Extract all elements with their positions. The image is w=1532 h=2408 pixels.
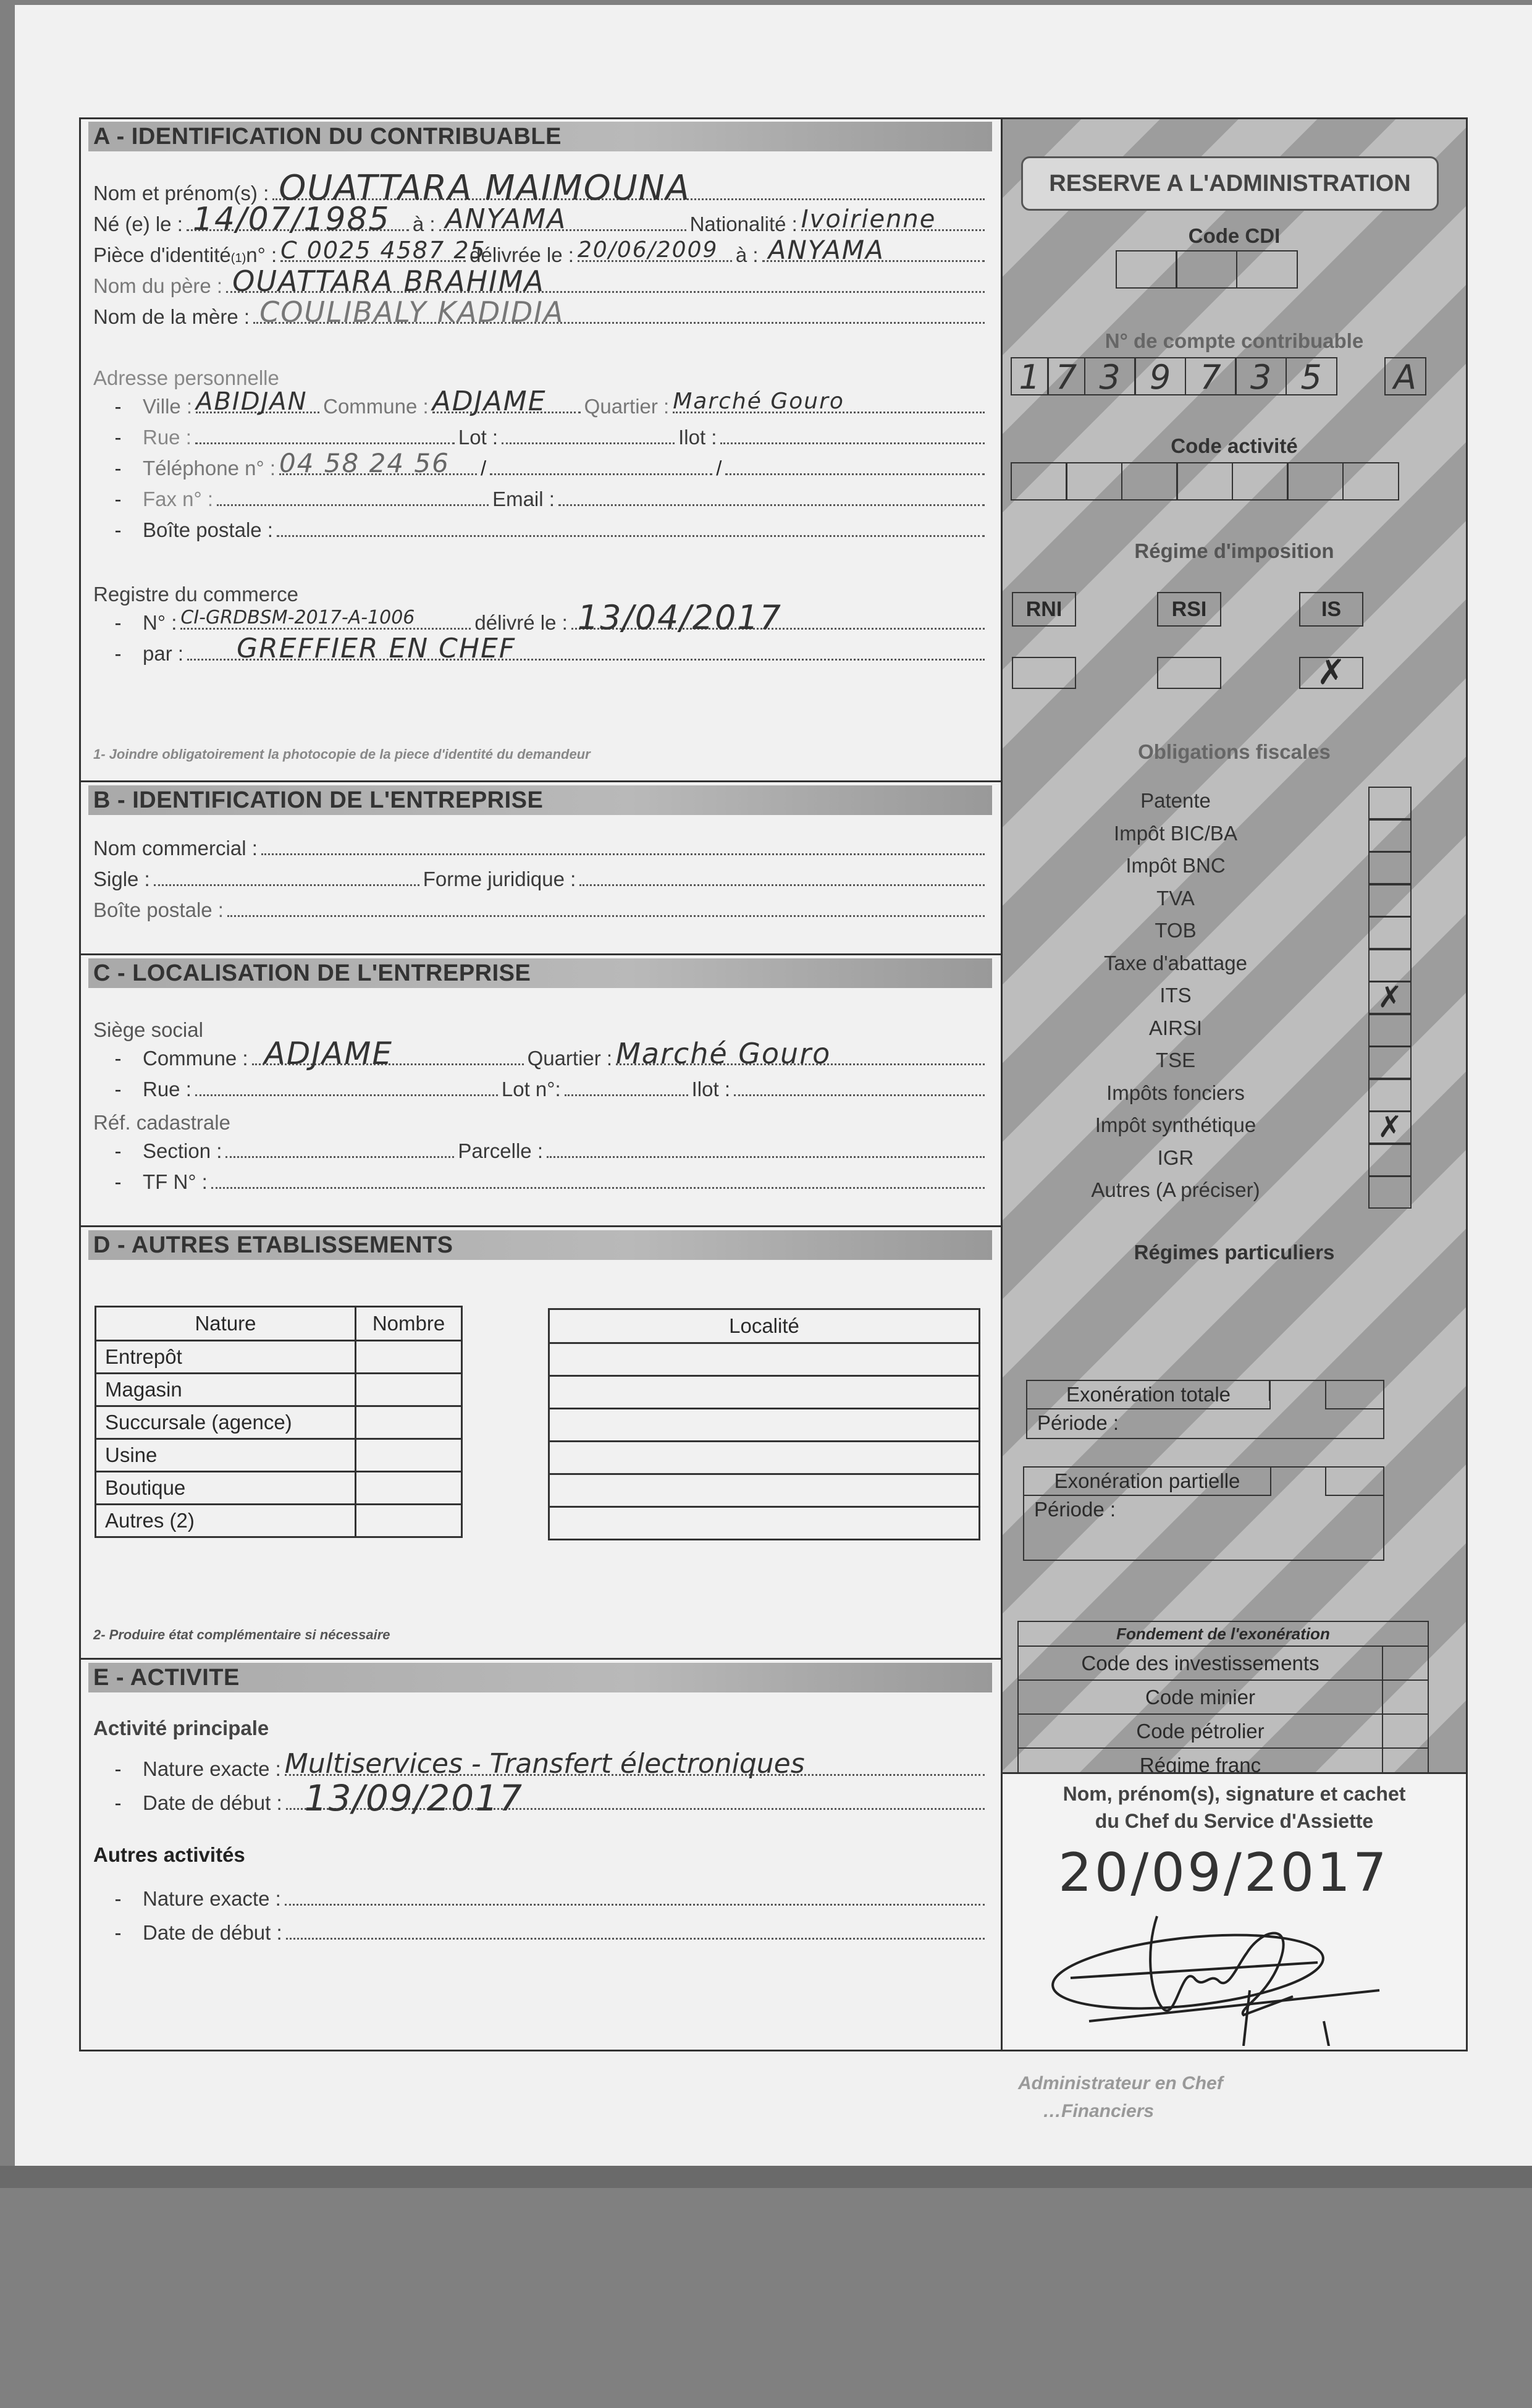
commune-value: ADJAME [432, 389, 547, 414]
table-row: Succursale (agence) [96, 1406, 462, 1439]
quartier-value: Marché Gouro [673, 389, 844, 414]
siege-commune-value: ADJAME [264, 1041, 393, 1066]
code-cdi-label: Code CDI [1003, 224, 1466, 248]
section-c-header: C - LOCALISATION DE L'ENTREPRISE [88, 958, 992, 988]
fondement-checkbox[interactable] [1383, 1646, 1428, 1680]
field-registre-numero[interactable]: - N° : CI-GRDBSM-2017-A-1006 délivré le … [93, 610, 988, 635]
regime-rni-label: RNI [1012, 592, 1076, 627]
nombre-cell[interactable] [356, 1505, 462, 1537]
field-siege-commune-quartier[interactable]: - Commune : ADJAME Quartier : Marché Gou… [93, 1046, 988, 1071]
autres-activites-title: Autres activités [93, 1843, 245, 1867]
exoneration-totale-box[interactable]: Exonération totale Période : [1026, 1380, 1384, 1439]
code-activite-box[interactable] [1011, 462, 1067, 501]
code-activite-box[interactable] [1232, 462, 1289, 501]
obligation-label: Impôt BNC [1003, 854, 1349, 877]
obligation-checkbox[interactable] [1368, 1014, 1412, 1047]
signature-date: 20/09/2017 [1058, 1842, 1389, 1904]
nombre-cell[interactable] [356, 1406, 462, 1439]
regime-rni-checkbox[interactable] [1012, 657, 1076, 689]
table-row: Usine [96, 1439, 462, 1472]
table-row [549, 1442, 980, 1474]
field-date-debut[interactable]: - Date de début : 13/09/2017 [93, 1791, 988, 1815]
compte-digit-box[interactable]: 3 [1084, 357, 1136, 395]
regime-rsi-checkbox[interactable] [1157, 657, 1221, 689]
table-row [549, 1474, 980, 1507]
code-activite-label: Code activité [1003, 434, 1466, 458]
fondement-checkbox[interactable] [1383, 1714, 1428, 1748]
admin-title: RESERVE A L'ADMINISTRATION [1021, 156, 1439, 211]
localite-table: Localité [548, 1308, 980, 1540]
compte-digit-box[interactable]: 1 [1011, 357, 1049, 395]
code-activite-box[interactable] [1287, 462, 1344, 501]
obligation-label: ITS [1003, 984, 1349, 1007]
table-row: Magasin [96, 1374, 462, 1406]
code-activite-box[interactable] [1066, 462, 1122, 501]
code-cdi-box[interactable] [1236, 250, 1298, 289]
obligation-label: Taxe d'abattage [1003, 952, 1349, 975]
section-b-header: B - IDENTIFICATION DE L'ENTREPRISE [88, 785, 992, 815]
code-activite-boxes[interactable] [1012, 462, 1399, 501]
fondement-row: Code minier [1018, 1680, 1428, 1714]
piece-date-value: 20/06/2009 [578, 238, 718, 263]
regimes-particuliers-label: Régimes particuliers [1003, 1241, 1466, 1264]
localite-cell[interactable] [549, 1409, 980, 1442]
nature-exacte-value: Multiservices - Transfert électroniques [285, 1752, 805, 1776]
nombre-cell[interactable] [356, 1374, 462, 1406]
obligation-label: Autres (A préciser) [1003, 1178, 1349, 1202]
localite-cell[interactable] [549, 1507, 980, 1540]
siege-social-title: Siège social [93, 1018, 203, 1042]
localite-cell[interactable] [549, 1474, 980, 1507]
field-autres-debut[interactable]: -Date de début : [93, 1920, 988, 1945]
lieu-naissance-value: ANYAMA [445, 207, 567, 232]
stamp-line-2: …Financiers [1043, 2101, 1154, 2122]
registre-title: Registre du commerce [93, 583, 298, 606]
obligation-checkbox[interactable] [1368, 1079, 1412, 1112]
field-fax-email[interactable]: - Fax n° : Email : [93, 487, 988, 512]
localite-cell[interactable] [549, 1442, 980, 1474]
obligation-label: TOB [1003, 919, 1349, 942]
obligation-label: TSE [1003, 1049, 1349, 1072]
field-telephone[interactable]: - Téléphone n° : 04 58 24 56 // [93, 456, 988, 481]
field-naissance[interactable]: Né (e) le : 14/07/1985 à : ANYAMA Nation… [93, 212, 988, 237]
fondement-row: Code des investissements [1018, 1646, 1428, 1680]
nom-prenoms-value: OUATTARA MAIMOUNA [279, 176, 691, 201]
field-registre-par[interactable]: - par : GREFFIER EN CHEF [93, 641, 988, 666]
tax-registration-form: A - IDENTIFICATION DU CONTRIBUABLE Nom e… [79, 117, 1468, 2051]
compte-digit-box[interactable]: 7 [1185, 357, 1237, 395]
activite-principale-title: Activité principale [93, 1717, 269, 1740]
obligation-checkbox[interactable] [1368, 819, 1412, 852]
code-activite-box[interactable] [1342, 462, 1399, 501]
compte-digit-box[interactable]: 5 [1286, 357, 1337, 395]
code-activite-box[interactable] [1121, 462, 1178, 501]
footnote-2: 2- Produire état complémentaire si néces… [93, 1627, 390, 1643]
registre-par-value: GREFFIER EN CHEF [237, 636, 516, 661]
piece-numero-value: C 0025 4587 25 [280, 238, 486, 263]
signature-icon [1033, 1904, 1416, 2046]
etablissements-table: NatureNombre EntrepôtMagasinSuccursale (… [95, 1306, 463, 1538]
scan-edge [0, 2166, 1532, 2188]
compte-contribuable-boxes[interactable]: 1739735 [1012, 357, 1337, 395]
signature-area: Nom, prénom(s), signature et cachet du C… [1003, 1772, 1466, 2050]
field-ville-commune-quartier[interactable]: - Ville : ABIDJAN Commune : ADJAME Quart… [93, 394, 988, 419]
section-e-header: E - ACTIVITE [88, 1663, 992, 1692]
obligation-checkbox[interactable] [1368, 851, 1412, 884]
field-nom-mere[interactable]: Nom de la mère : COULIBALY KADIDIA [93, 305, 988, 329]
date-naissance-value: 14/07/1985 [193, 207, 390, 232]
field-nature-exacte[interactable]: - Nature exacte : Multiservices - Transf… [93, 1757, 988, 1781]
obligations-label: Obligations fiscales [1003, 740, 1466, 764]
code-cdi-box[interactable] [1176, 250, 1237, 289]
field-autres-nature[interactable]: -Nature exacte : [93, 1886, 988, 1911]
taxpayer-column: A - IDENTIFICATION DU CONTRIBUABLE Nom e… [79, 117, 1001, 2051]
regime-label: Régime d'imposition [1003, 539, 1466, 563]
obligation-checkbox[interactable] [1368, 884, 1412, 917]
exoneration-partielle-checkbox[interactable] [1325, 1468, 1383, 1496]
compte-digit-box[interactable]: 3 [1235, 357, 1287, 395]
localite-cell[interactable] [549, 1343, 980, 1376]
piece-lieu-value: ANYAMA [768, 238, 885, 263]
nombre-cell[interactable] [356, 1341, 462, 1374]
fondement-checkbox[interactable] [1383, 1680, 1428, 1714]
section-d-header: D - AUTRES ETABLISSEMENTS [88, 1230, 992, 1260]
obligation-checkbox[interactable] [1368, 949, 1412, 982]
obligation-label: Patente [1003, 789, 1349, 813]
obligation-label: AIRSI [1003, 1016, 1349, 1040]
obligation-label: TVA [1003, 887, 1349, 910]
nombre-cell[interactable] [356, 1439, 462, 1472]
nationalite-value: Ivoirienne [801, 207, 936, 232]
table-row [549, 1507, 980, 1540]
obligation-checkbox[interactable]: ✗ [1368, 981, 1412, 1014]
adresse-title: Adresse personnelle [93, 366, 279, 390]
field-boite-postale[interactable]: - Boîte postale : [93, 518, 988, 543]
nombre-cell[interactable] [356, 1472, 462, 1505]
table-row: Entrepôt [96, 1341, 462, 1374]
obligation-label: IGR [1003, 1146, 1349, 1170]
stamp-line-1: Administrateur en Chef [1018, 2073, 1223, 2094]
table-row: Autres (2) [96, 1505, 462, 1537]
field-rue-lot-ilot[interactable]: - Rue : Lot : Ilot : [93, 425, 988, 450]
obligation-checkbox[interactable] [1368, 1046, 1412, 1079]
obligation-checkbox[interactable] [1368, 787, 1412, 819]
code-activite-box[interactable] [1176, 462, 1233, 501]
compte-digit-box[interactable]: 9 [1134, 357, 1186, 395]
table-row: Boutique [96, 1472, 462, 1505]
compte-label: N° de compte contribuable [1003, 329, 1466, 353]
obligation-checkbox[interactable] [1368, 916, 1412, 949]
ville-value: ABIDJAN [196, 389, 307, 414]
ref-cadastrale-title: Réf. cadastrale [93, 1111, 230, 1134]
compte-cle-box[interactable]: A [1386, 357, 1426, 395]
exoneration-totale-checkbox[interactable] [1325, 1381, 1383, 1409]
fondement-row: Code pétrolier [1018, 1714, 1428, 1748]
regime-is-checkbox[interactable]: ✗ [1299, 657, 1363, 689]
code-cdi-box[interactable] [1116, 250, 1177, 289]
date-debut-value: 13/09/2017 [305, 1786, 523, 1810]
obligation-label: Impôt BIC/BA [1003, 822, 1349, 845]
nom-mere-value: COULIBALY KADIDIA [259, 300, 564, 324]
obligation-label: Impôts fonciers [1003, 1081, 1349, 1105]
section-a-header: A - IDENTIFICATION DU CONTRIBUABLE [88, 122, 992, 151]
field-nom-commercial[interactable]: Nom commercial : [93, 836, 988, 861]
obligation-checkbox[interactable] [1368, 1176, 1412, 1209]
code-cdi-boxes[interactable] [1117, 250, 1298, 289]
table-row [549, 1409, 980, 1442]
obligation-label: Impôt synthétique [1003, 1113, 1349, 1137]
registre-date-value: 13/04/2017 [578, 606, 782, 630]
exoneration-partielle-box[interactable]: Exonération partielle Période : [1023, 1466, 1384, 1561]
registre-numero-value: CI-GRDBSM-2017-A-1006 [180, 606, 415, 630]
administration-column: RESERVE A L'ADMINISTRATION Code CDI N° d… [1001, 117, 1468, 2051]
regime-rsi-label: RSI [1157, 592, 1221, 627]
telephone-value: 04 58 24 56 [279, 451, 450, 476]
siege-quartier-value: Marché Gouro [616, 1041, 831, 1066]
localite-cell[interactable] [549, 1376, 980, 1409]
regime-is-label: IS [1299, 592, 1363, 627]
table-row [549, 1343, 980, 1376]
table-row [549, 1376, 980, 1409]
field-nom-pere[interactable]: Nom du père : OUATTARA BRAHIMA [93, 274, 988, 298]
obligation-checkbox[interactable] [1368, 1144, 1412, 1177]
field-bp-entreprise[interactable]: Boîte postale : [93, 898, 988, 923]
field-tf-numero[interactable]: - TF N° : [93, 1170, 988, 1194]
nom-pere-value: OUATTARA BRAHIMA [232, 269, 545, 294]
field-siege-rue-lot-ilot[interactable]: - Rue : Lot n°: Ilot : [93, 1077, 988, 1102]
field-section-parcelle[interactable]: - Section : Parcelle : [93, 1139, 988, 1164]
compte-digit-box[interactable]: 7 [1047, 357, 1085, 395]
footnote-1: 1- Joindre obligatoirement la photocopie… [93, 746, 591, 763]
obligation-checkbox[interactable]: ✗ [1368, 1111, 1412, 1144]
field-sigle-forme[interactable]: Sigle : Forme juridique : [93, 867, 988, 892]
